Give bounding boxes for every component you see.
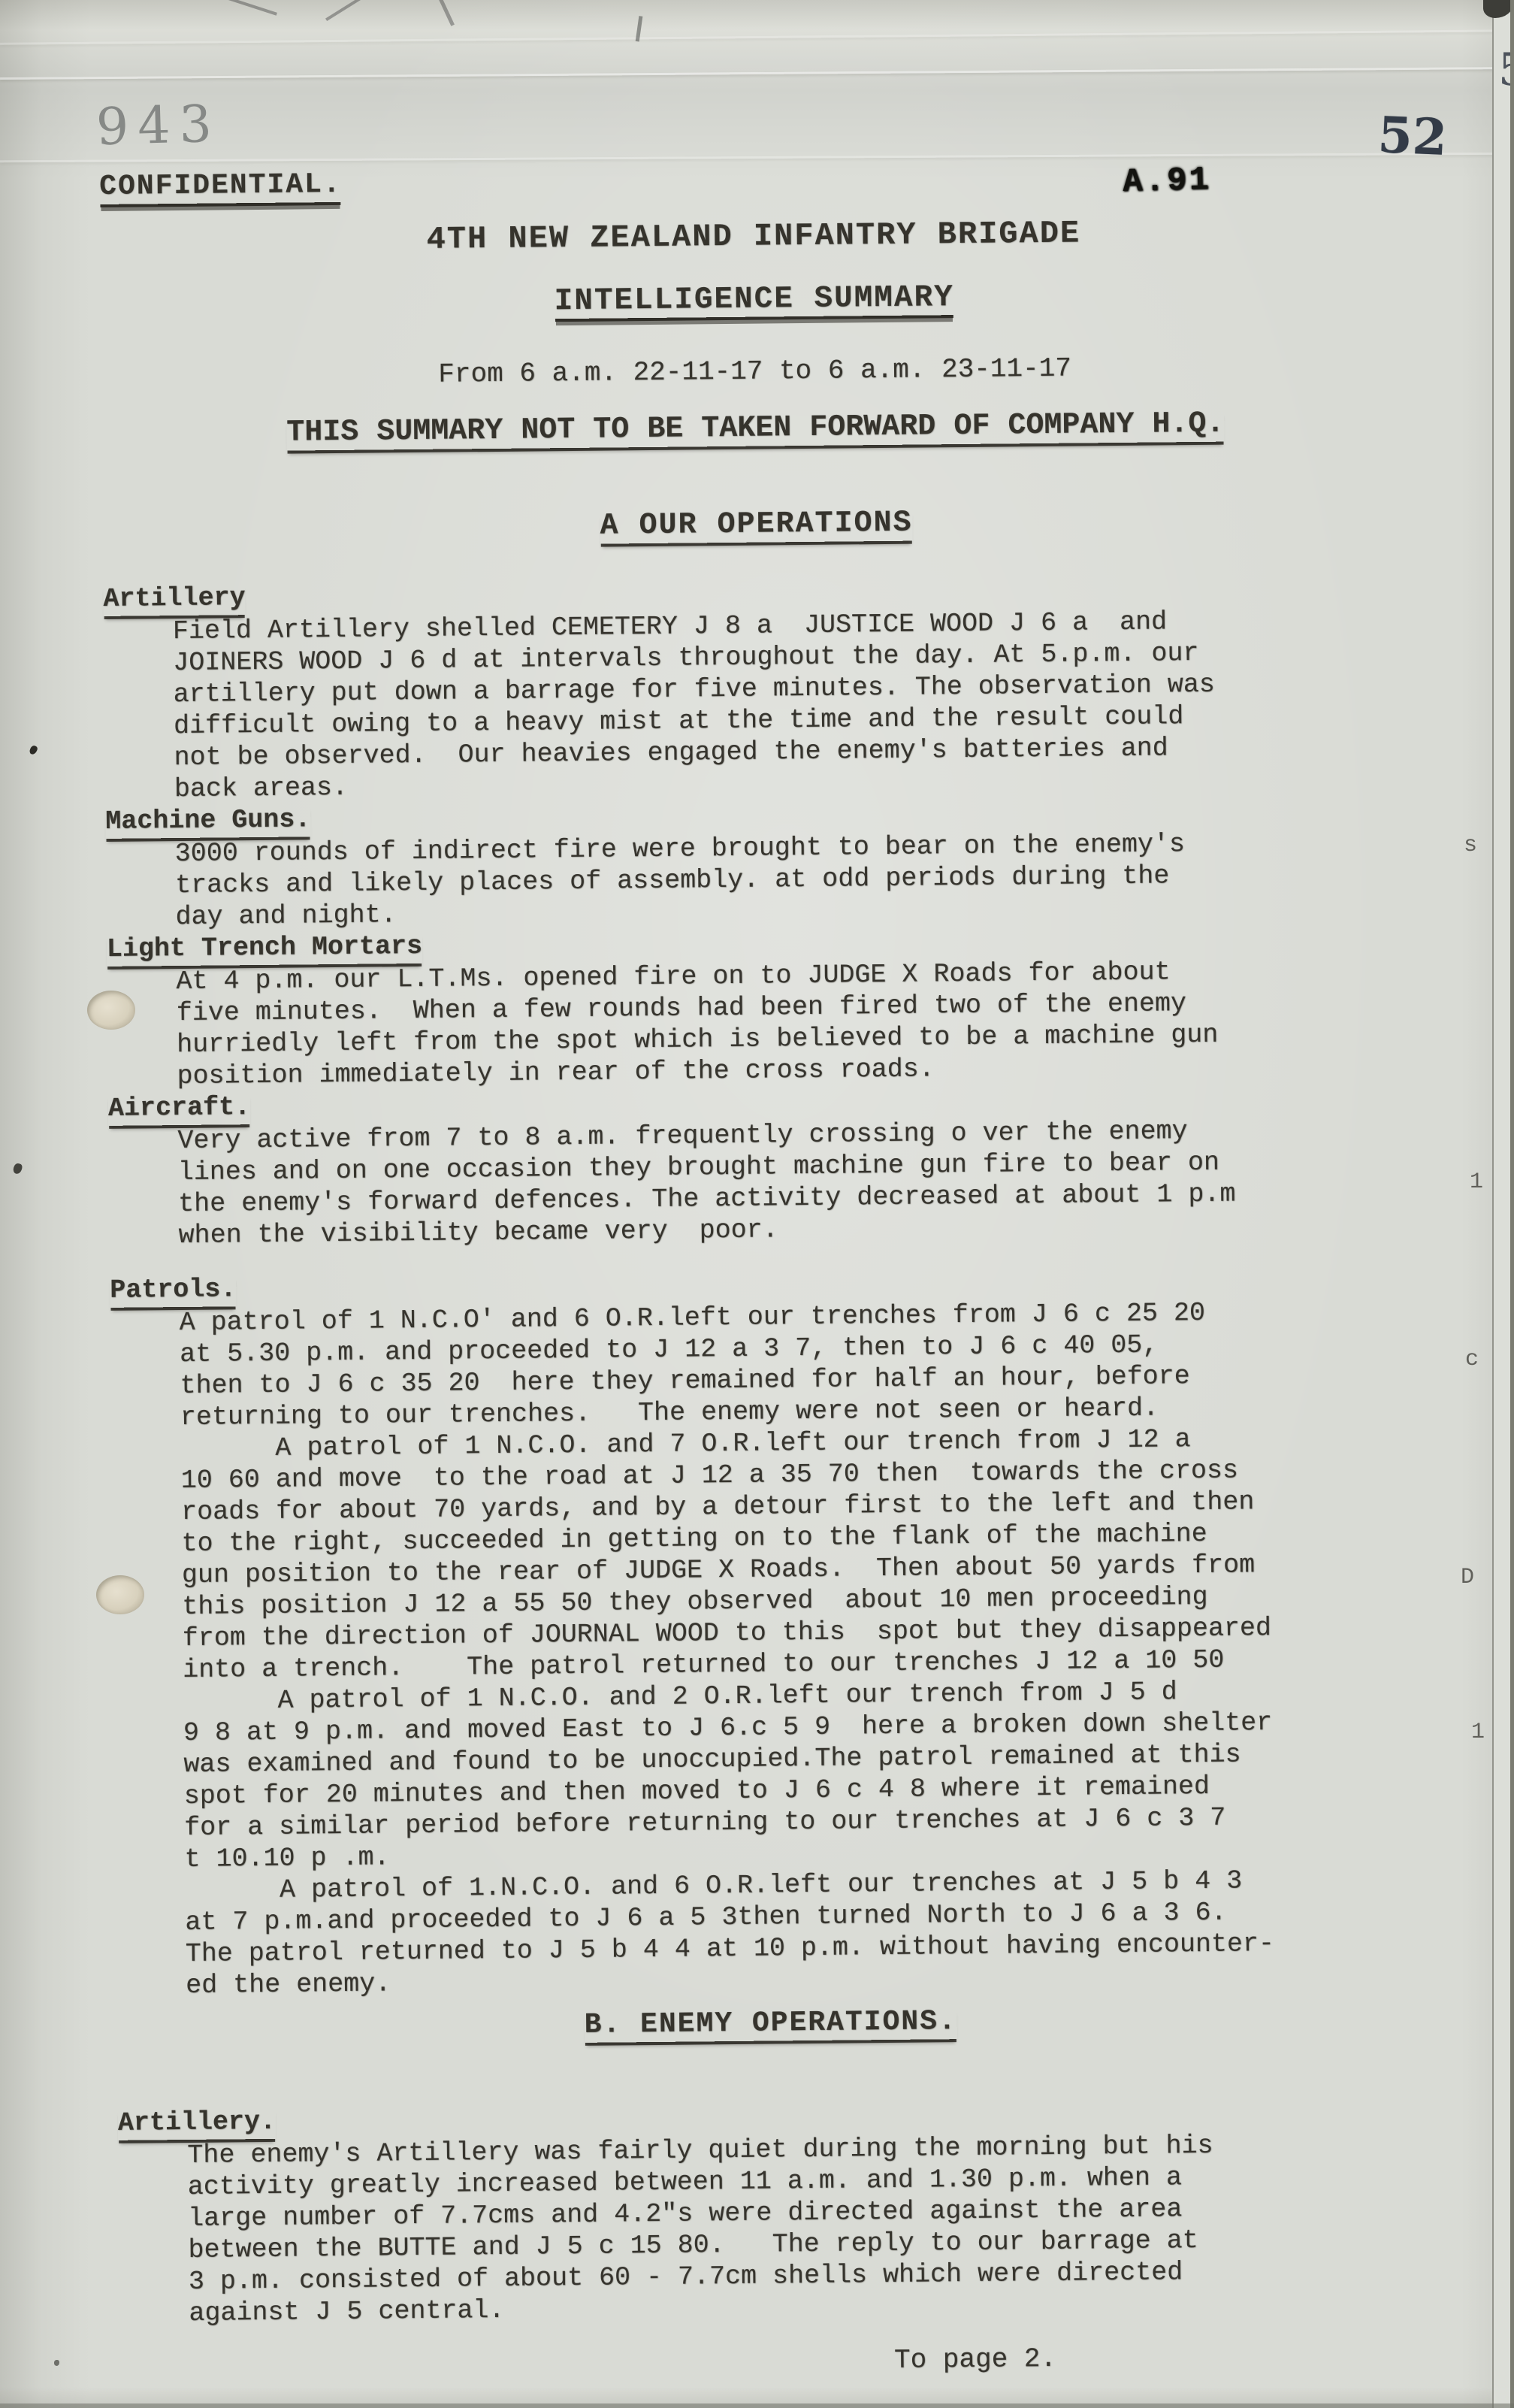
section-a-heading-row: A OUR OPERATIONS <box>102 440 1410 549</box>
scanned-document-page: 943 52 CONFIDENTIAL. A.91 4TH NEW ZEALAN… <box>0 0 1514 2408</box>
ink-speck <box>54 2360 59 2366</box>
edge-text-fragment: 1 <box>1471 1720 1485 1745</box>
registry-number-stamp: 943 <box>95 95 222 158</box>
patrol-paragraph-4: A patrol of 1.N.C.O. and 6 O.R.left our … <box>116 1863 1425 2002</box>
light-trench-mortars-paragraph: At 4 p.m. our L.T.Ms. opened fire on to … <box>107 954 1416 1093</box>
edge-text-fragment: c <box>1465 1347 1479 1372</box>
enemy-artillery-heading: Artillery. <box>118 2106 276 2140</box>
paper-crease <box>0 29 1514 45</box>
section-light-trench-mortars: Light Trench Mortars At 4 p.m. our L.T.M… <box>107 921 1416 1093</box>
enemy-artillery-paragraph: The enemy's Artillery was fairly quiet d… <box>118 2128 1427 2330</box>
punch-hole <box>96 1575 144 1614</box>
patrol-paragraph-2: A patrol of 1 N.C.O. and 7 O.R.left our … <box>111 1421 1421 1687</box>
doc-title-row: INTELLIGENCE SUMMARY <box>100 247 1408 323</box>
patrols-heading: Patrols. <box>110 1273 236 1308</box>
doc-title: INTELLIGENCE SUMMARY <box>554 282 953 319</box>
pencil-mark <box>432 0 455 26</box>
received-stamp: A.91 <box>1123 165 1212 198</box>
patrol-paragraph-3: A patrol of 1 N.C.O. and 2 O.R.left our … <box>113 1674 1422 1876</box>
machine-guns-heading: Machine Guns. <box>105 803 310 839</box>
artillery-heading: Artillery <box>103 582 245 616</box>
paper-crease <box>0 67 1514 80</box>
warning-row: THIS SUMMARY NOT TO BE TAKEN FORWARD OF … <box>101 381 1410 452</box>
ink-speck <box>29 745 38 756</box>
edge-text-fragment: s <box>1464 833 1477 858</box>
scan-edge <box>0 2403 1514 2408</box>
artillery-paragraph: Field Artillery shelled CEMETERY J 8 a J… <box>104 604 1413 806</box>
folio-page-number: 52 <box>1377 105 1448 167</box>
section-artillery: Artillery Field Artillery shelled CEMETE… <box>103 570 1413 806</box>
typewritten-content: CONFIDENTIAL. A.91 4TH NEW ZEALAND INFAN… <box>99 159 1428 2384</box>
classification-label: CONFIDENTIAL. <box>99 169 342 204</box>
machine-guns-paragraph: 3000 rounds of indirect fire were brough… <box>106 826 1414 933</box>
aircraft-paragraph: Very active from 7 to 8 a.m. frequently … <box>108 1113 1417 1252</box>
ink-speck <box>12 1163 23 1175</box>
pencil-mark <box>226 0 277 16</box>
scan-edge <box>1510 0 1514 2408</box>
punch-hole <box>87 991 135 1030</box>
unit-title: 4TH NEW ZEALAND INFANTRY BRIGADE <box>426 217 1080 255</box>
pencil-mark <box>325 0 361 21</box>
footer-note: To page 2. <box>894 2340 1428 2376</box>
edge-text-fragment: 1 <box>1470 1169 1483 1195</box>
section-a-heading: A OUR OPERATIONS <box>600 508 912 544</box>
section-enemy-artillery: Artillery. The enemy's Artillery was fai… <box>118 2095 1428 2330</box>
section-b-heading: B. ENEMY OPERATIONS. <box>584 2006 956 2043</box>
edge-text-fragment: D <box>1461 1565 1474 1590</box>
section-aircraft: Aircraft. Very active from 7 to 8 a.m. f… <box>108 1080 1417 1252</box>
section-patrols: Patrols. A patrol of 1 N.C.O' and 6 O.R.… <box>110 1262 1424 2002</box>
patrol-paragraph-1: A patrol of 1 N.C.O' and 6 O.R.left our … <box>110 1295 1419 1434</box>
section-machine-guns: Machine Guns. 3000 rounds of indirect fi… <box>105 793 1414 933</box>
aircraft-heading: Aircraft. <box>108 1091 250 1126</box>
light-trench-mortars-heading: Light Trench Mortars <box>107 930 422 967</box>
